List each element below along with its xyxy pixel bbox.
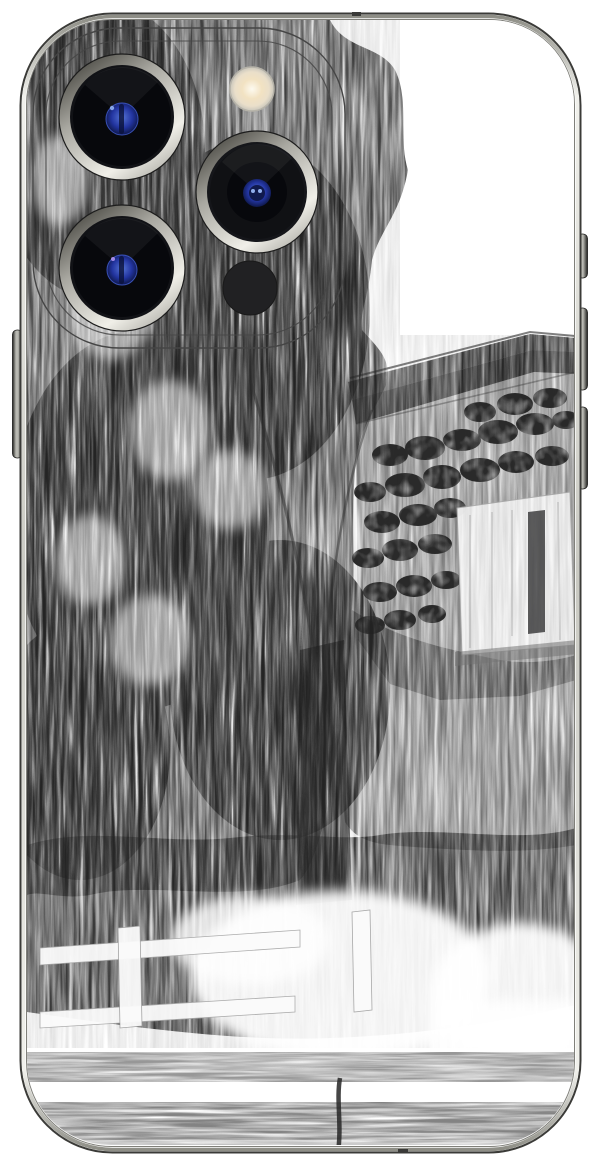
phone-back: [0, 0, 600, 1176]
stick: [338, 1078, 340, 1152]
product-photo: [0, 0, 600, 1176]
antenna-band-bottom: [398, 1149, 408, 1153]
telephoto-lens: [196, 131, 318, 253]
ground: [27, 1052, 575, 1152]
lidar-sensor: [223, 261, 277, 315]
fence-post: [352, 910, 372, 1012]
antenna-band-top: [352, 12, 361, 16]
grass-band: [27, 1102, 575, 1140]
ultra-wide-lens: [59, 54, 185, 180]
fence-post: [118, 926, 142, 1028]
grass-band: [27, 1052, 575, 1082]
flash-led: [230, 67, 274, 111]
wide-lens: [59, 205, 185, 331]
